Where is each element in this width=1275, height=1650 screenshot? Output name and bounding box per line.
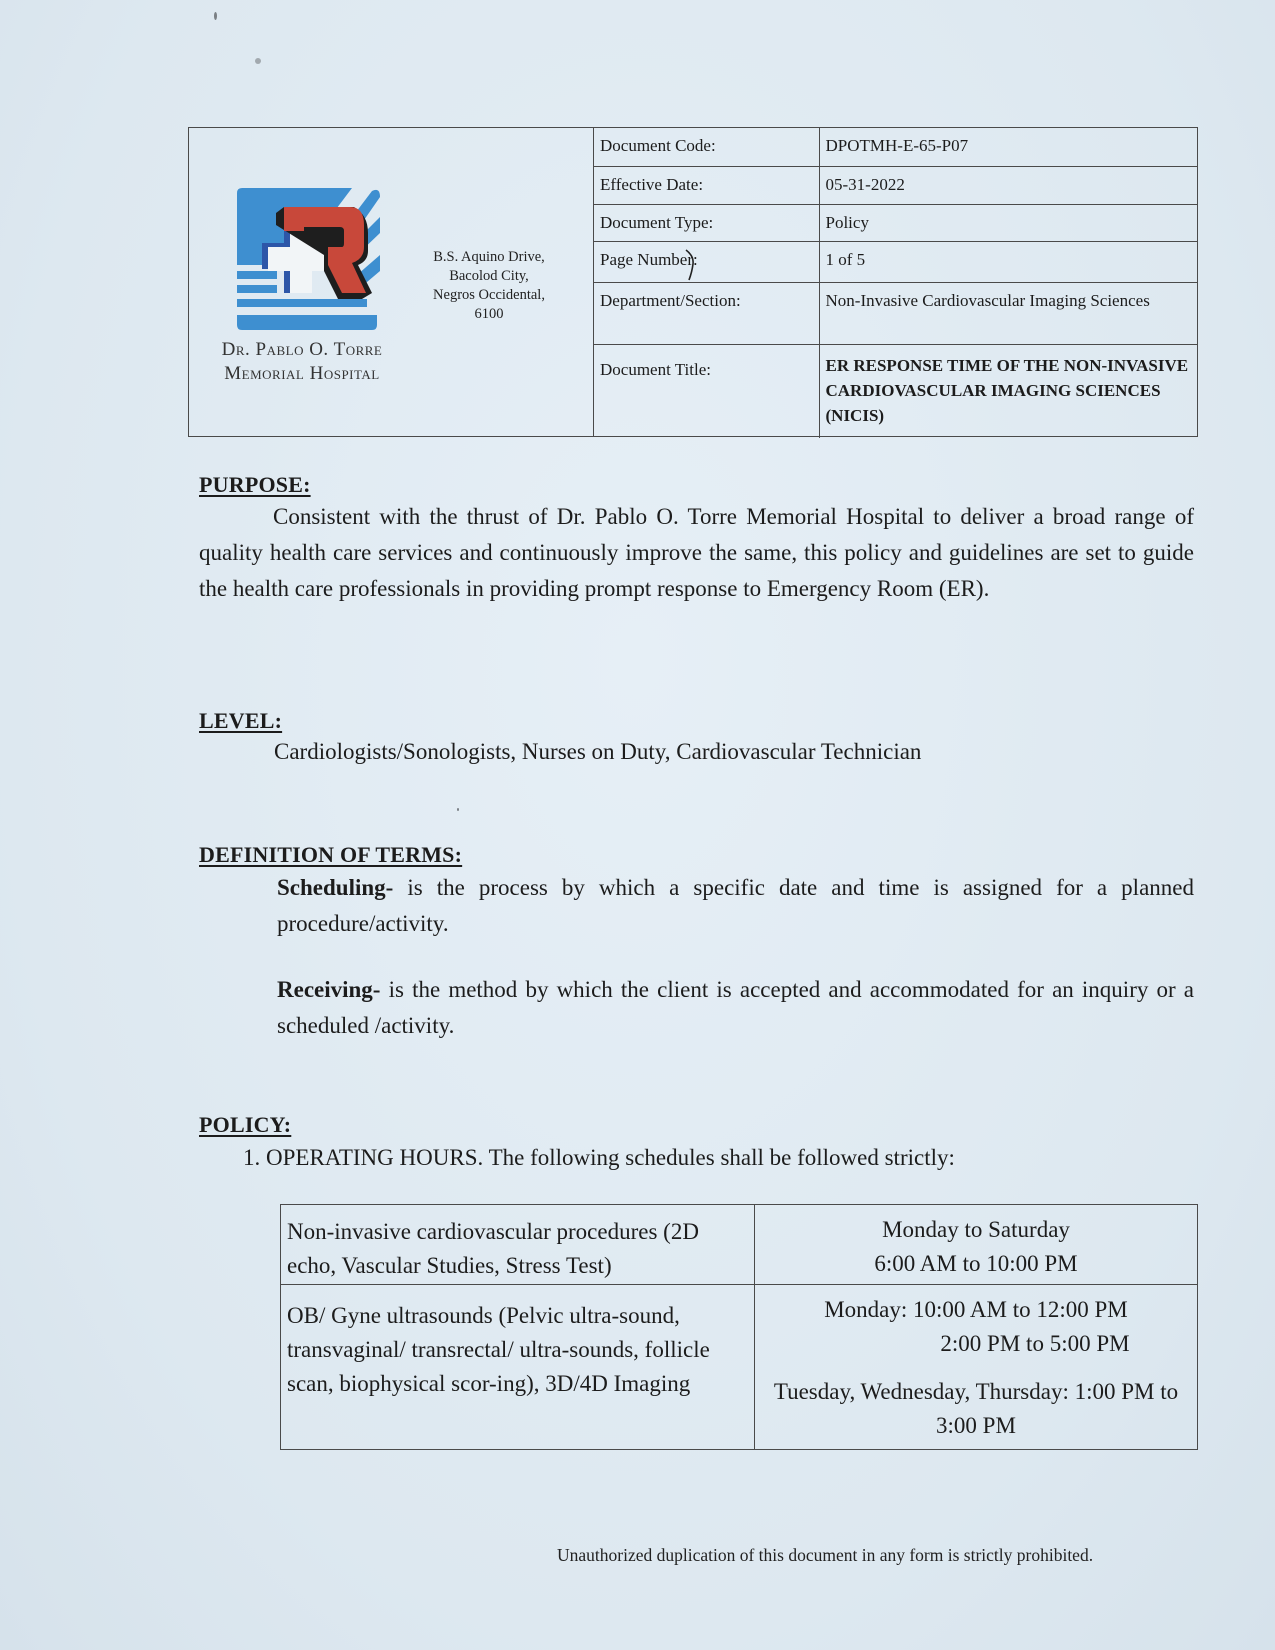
purpose-heading: PURPOSE:: [199, 472, 311, 498]
hospital-logo-icon: [232, 185, 382, 340]
meta-value: Policy: [819, 204, 1197, 241]
meta-row-document-title: Document Title: ER RESPONSE TIME OF THE …: [594, 344, 1197, 438]
document-metadata-table: Document Code: DPOTMH-E-65-P07 Effective…: [594, 128, 1197, 438]
meta-row-document-type: Document Type: Policy: [594, 204, 1197, 241]
pen-mark-icon: [684, 248, 698, 282]
schedule-time: 6:00 AM to 10:00 PM: [759, 1247, 1193, 1281]
schedule-monday: Monday: 10:00 AM to 12:00 PM 2:00 PM to …: [759, 1293, 1193, 1361]
scan-speck: [457, 808, 459, 811]
address-line: B.S. Aquino Drive,: [409, 248, 569, 267]
meta-value: DPOTMH-E-65-P07: [819, 128, 1197, 166]
schedule-days: Monday to Saturday: [759, 1213, 1193, 1247]
hospital-address: B.S. Aquino Drive, Bacolod City, Negros …: [409, 248, 569, 324]
hours-row: Non-invasive cardiovascular procedures (…: [281, 1205, 1198, 1285]
meta-value: 05-31-2022: [819, 166, 1197, 204]
definitions-heading: DEFINITION OF TERMS:: [199, 842, 462, 868]
address-line: 6100: [409, 305, 569, 324]
level-heading: LEVEL:: [199, 708, 282, 734]
term-definition: is the method by which the client is acc…: [277, 977, 1194, 1038]
schedule-time: 2:00 PM to 5:00 PM: [759, 1327, 1193, 1361]
scan-speck: [255, 58, 261, 64]
schedule-cell: Monday to Saturday 6:00 AM to 10:00 PM: [755, 1205, 1198, 1285]
meta-row-department: Department/Section: Non-Invasive Cardiov…: [594, 282, 1197, 344]
operating-hours-table: Non-invasive cardiovascular procedures (…: [280, 1204, 1198, 1450]
level-text: Cardiologists/Sonologists, Nurses on Dut…: [274, 734, 1204, 770]
term-label: Receiving-: [277, 977, 380, 1002]
hospital-name-line2: Memorial Hospital: [197, 362, 407, 386]
procedure-cell: OB/ Gyne ultrasounds (Pelvic ultra-sound…: [281, 1285, 755, 1450]
term-label: Scheduling-: [277, 875, 393, 900]
scan-speck: [214, 12, 217, 20]
footer-notice: Unauthorized duplication of this documen…: [557, 1545, 1093, 1566]
policy-heading: POLICY:: [199, 1112, 291, 1138]
meta-value: 1 of 5: [819, 241, 1197, 282]
hours-row: OB/ Gyne ultrasounds (Pelvic ultra-sound…: [281, 1285, 1198, 1450]
purpose-paragraph: Consistent with the thrust of Dr. Pablo …: [199, 499, 1194, 607]
definition-scheduling: Scheduling- is the process by which a sp…: [277, 870, 1194, 942]
meta-value: Non-Invasive Cardiovascular Imaging Scie…: [819, 282, 1197, 344]
document-title: ER RESPONSE TIME OF THE NON-INVASIVE CAR…: [819, 344, 1197, 438]
document-header-table: Dr. Pablo O. Torre Memorial Hospital B.S…: [188, 127, 1198, 437]
definition-receiving: Receiving- is the method by which the cl…: [277, 972, 1194, 1044]
meta-label: Document Type:: [594, 204, 819, 241]
policy-item-operating-hours: 1. OPERATING HOURS. The following schedu…: [243, 1143, 955, 1173]
term-definition: is the process by which a specific date …: [277, 875, 1194, 936]
meta-label: Document Title:: [594, 344, 819, 438]
meta-row-document-code: Document Code: DPOTMH-E-65-P07: [594, 128, 1197, 166]
hospital-name: Dr. Pablo O. Torre Memorial Hospital: [197, 338, 407, 386]
meta-label: Effective Date:: [594, 166, 819, 204]
meta-label: Page Number:: [594, 241, 819, 282]
meta-label: Department/Section:: [594, 282, 819, 344]
list-number: 1.: [243, 1145, 260, 1170]
schedule-time: Monday: 10:00 AM to 12:00 PM: [759, 1293, 1193, 1327]
hospital-name-line1: Dr. Pablo O. Torre: [197, 338, 407, 362]
purpose-text: Consistent with the thrust of Dr. Pablo …: [199, 504, 1194, 601]
hospital-branding-cell: Dr. Pablo O. Torre Memorial Hospital B.S…: [189, 128, 594, 436]
meta-label: Document Code:: [594, 128, 819, 166]
list-text: OPERATING HOURS. The following schedules…: [266, 1145, 955, 1170]
schedule-cell: Monday: 10:00 AM to 12:00 PM 2:00 PM to …: [755, 1285, 1198, 1450]
address-line: Bacolod City,: [409, 267, 569, 286]
schedule-tue-wed-thu: Tuesday, Wednesday, Thursday: 1:00 PM to…: [759, 1375, 1193, 1443]
procedure-cell: Non-invasive cardiovascular procedures (…: [281, 1205, 755, 1285]
meta-row-effective-date: Effective Date: 05-31-2022: [594, 166, 1197, 204]
address-line: Negros Occidental,: [409, 286, 569, 305]
